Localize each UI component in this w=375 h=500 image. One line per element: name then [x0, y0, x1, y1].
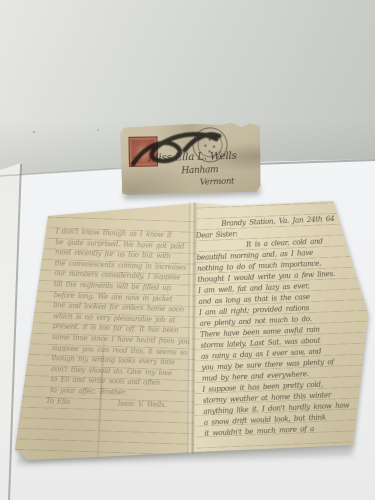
photo-of-letter-and-envelope: 2 Miss Ella L. Wells Hanham Vermont I do… — [0, 0, 375, 500]
right-page-handwriting: Brandy Station, Va. Jan 24th 64 Dear Sis… — [195, 211, 375, 438]
right-page-lines: It is a clear, cold andbeautiful morning… — [196, 233, 375, 438]
